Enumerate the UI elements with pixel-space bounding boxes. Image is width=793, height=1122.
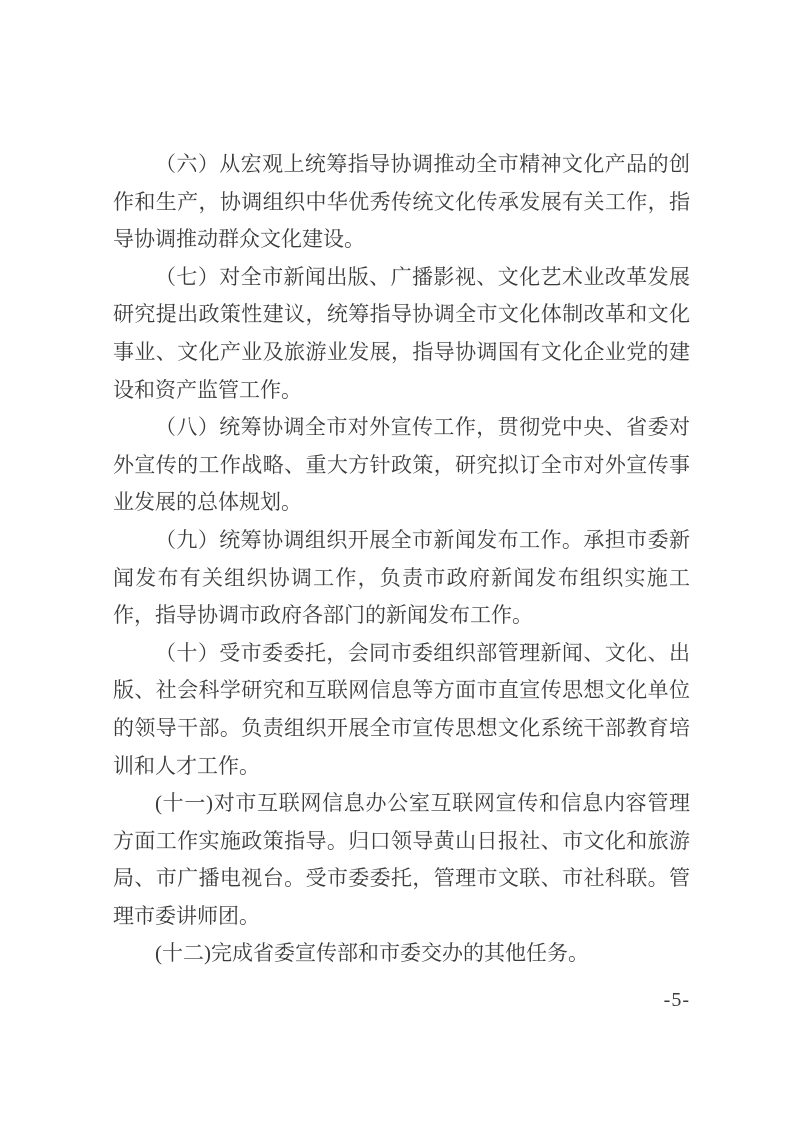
paragraph-item-10: （十）受市委委托，会同市委组织部管理新闻、文化、出版、社会科学研究和互联网信息等… <box>113 635 690 785</box>
paragraph-item-11: (十一)对市互联网信息办公室互联网宣传和信息内容管理方面工作实施政策指导。归口领… <box>113 785 690 935</box>
paragraph-item-6: （六）从宏观上统筹指导协调推动全市精神文化产品的创作和生产，协调组织中华优秀传统… <box>113 146 690 259</box>
document-page: （六）从宏观上统筹指导协调推动全市精神文化产品的创作和生产，协调组织中华优秀传统… <box>0 0 793 1122</box>
paragraph-item-12: (十二)完成省委宣传部和市委交办的其他任务。 <box>113 935 690 973</box>
paragraph-item-8: （八）统筹协调全市对外宣传工作，贯彻党中央、省委对外宣传的工作战略、重大方针政策… <box>113 409 690 522</box>
page-number: -5- <box>113 988 690 1012</box>
paragraph-item-9: （九）统筹协调组织开展全市新闻发布工作。承担市委新闻发布有关组织协调工作，负责市… <box>113 522 690 635</box>
paragraph-item-7: （七）对全市新闻出版、广播影视、文化艺术业改革发展研究提出政策性建议，统筹指导协… <box>113 259 690 409</box>
document-body: （六）从宏观上统筹指导协调推动全市精神文化产品的创作和生产，协调组织中华优秀传统… <box>113 146 690 973</box>
